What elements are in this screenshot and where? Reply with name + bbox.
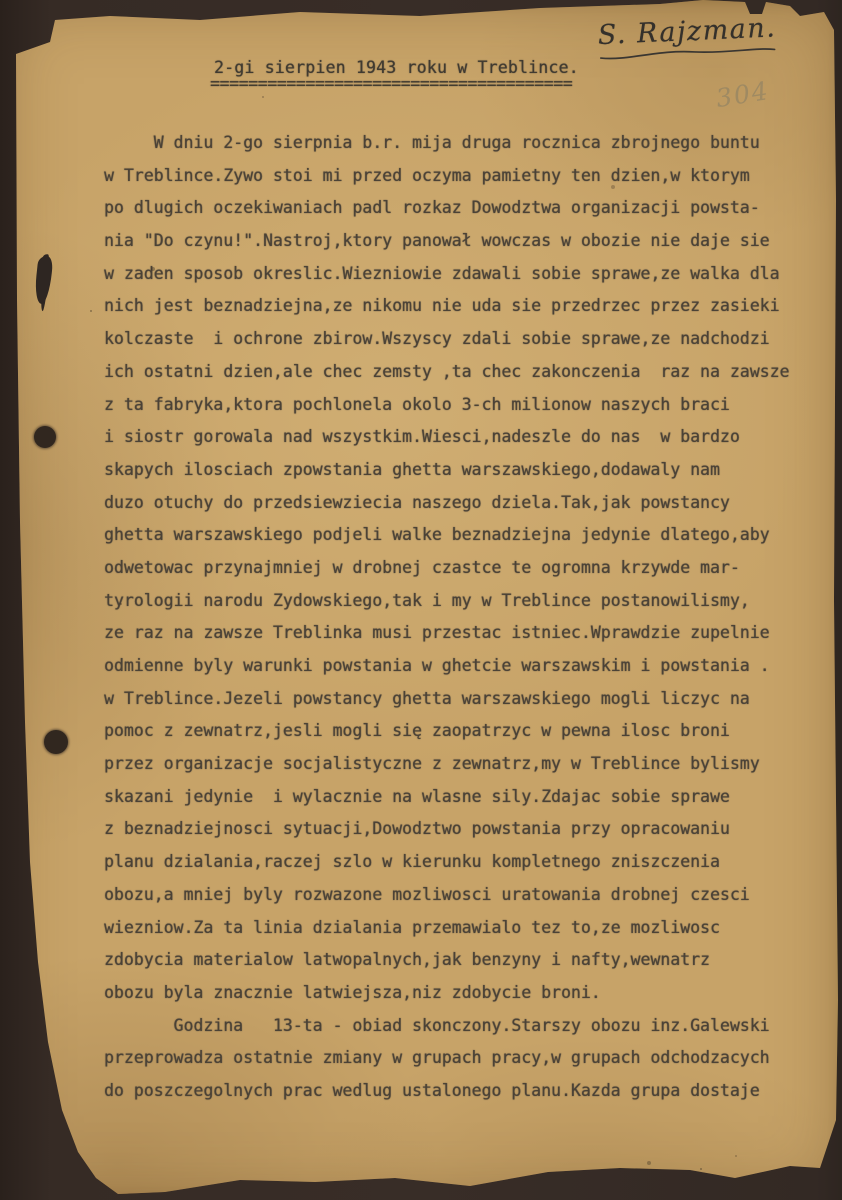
- typed-line: przeprowadza ostatnie zmiany w grupach p…: [104, 1042, 804, 1075]
- typed-line: i siostr gorowala nad wszystkim.Wiesci,n…: [104, 421, 804, 454]
- typed-line: planu dzialania,raczej szlo w kierunku k…: [104, 846, 804, 879]
- typed-line: kolczaste i ochrone zbirow.Wszyscy zdali…: [104, 323, 804, 356]
- typed-line: skapych ilosciach zpowstania ghetta wars…: [104, 454, 804, 487]
- paper-sheet: S. Rajzman. 304 2-gi sierpien 1943 roku …: [0, 0, 842, 1200]
- typed-line: ich ostatni dzien,ale chec zemsty ,ta ch…: [104, 356, 804, 389]
- paper-specks: [0, 0, 2, 2]
- typed-line: obozu,a mniej byly rozwazone mozliwosci …: [104, 879, 804, 912]
- scan-background: S. Rajzman. 304 2-gi sierpien 1943 roku …: [0, 0, 842, 1200]
- typed-line: W dniu 2-go sierpnia b.r. mija druga roc…: [104, 127, 804, 160]
- punch-hole-bottom: [44, 730, 68, 754]
- typed-line: z beznadziejnosci sytuacji,Dowodztwo pow…: [104, 813, 804, 846]
- typed-line: odwetowac przynajmniej w drobnej czastce…: [104, 552, 804, 585]
- typed-line: w Treblince.Jezeli powstancy ghetta wars…: [104, 683, 804, 716]
- typed-line: nia "Do czynu!".Nastroj,ktory panował wo…: [104, 225, 804, 258]
- typed-line: zdobycia materialow latwopalnych,jak ben…: [104, 944, 804, 977]
- typed-line: odmienne byly warunki powstania w ghetci…: [104, 650, 804, 683]
- typed-line: skazani jedynie i wylacznie na wlasne si…: [104, 781, 804, 814]
- typed-line: przez organizacje socjalistyczne z zewna…: [104, 748, 804, 781]
- typed-line: Godzina 13-ta - obiad skonczony.Starszy …: [104, 1010, 804, 1043]
- title-underline: ======================================: [210, 74, 572, 93]
- typed-line: ze raz na zawsze Treblinka musi przestac…: [104, 617, 804, 650]
- typed-line: po dlugich oczekiwaniach padl rozkaz Dow…: [104, 192, 804, 225]
- typed-line: do poszczegolnych prac wedlug ustalonego…: [104, 1075, 804, 1108]
- typed-body: W dniu 2-go sierpnia b.r. mija druga roc…: [104, 127, 804, 1108]
- typed-line: ghetta warszawskiego podjeli walke bezna…: [104, 519, 804, 552]
- typed-line: obozu byla znacznie latwiejsza,niz zdoby…: [104, 977, 804, 1010]
- typed-line: w zaden sposob okreslic.Wiezniowie zdawa…: [104, 258, 804, 291]
- typed-line: pomoc z zewnatrz,jesli mogli się zaopatr…: [104, 715, 804, 748]
- typed-line: w Treblince.Zywo stoi mi przed oczyma pa…: [104, 160, 804, 193]
- handwritten-signature: S. Rajzman.: [597, 12, 789, 63]
- typed-line: wiezniow.Za ta linia dzialania przemawia…: [104, 912, 804, 945]
- typed-line: nich jest beznadziejna,ze nikomu nie uda…: [104, 290, 804, 323]
- typed-line: tyrologii narodu Zydowskiego,tak i my w …: [104, 585, 804, 618]
- pencil-page-number: 304: [714, 76, 772, 113]
- ink-blot: [34, 255, 54, 304]
- punch-hole-top: [34, 426, 56, 448]
- typed-line: z ta fabryka,ktora pochlonela okolo 3-ch…: [104, 389, 804, 422]
- typed-line: duzo otuchy do przedsiewziecia naszego d…: [104, 487, 804, 520]
